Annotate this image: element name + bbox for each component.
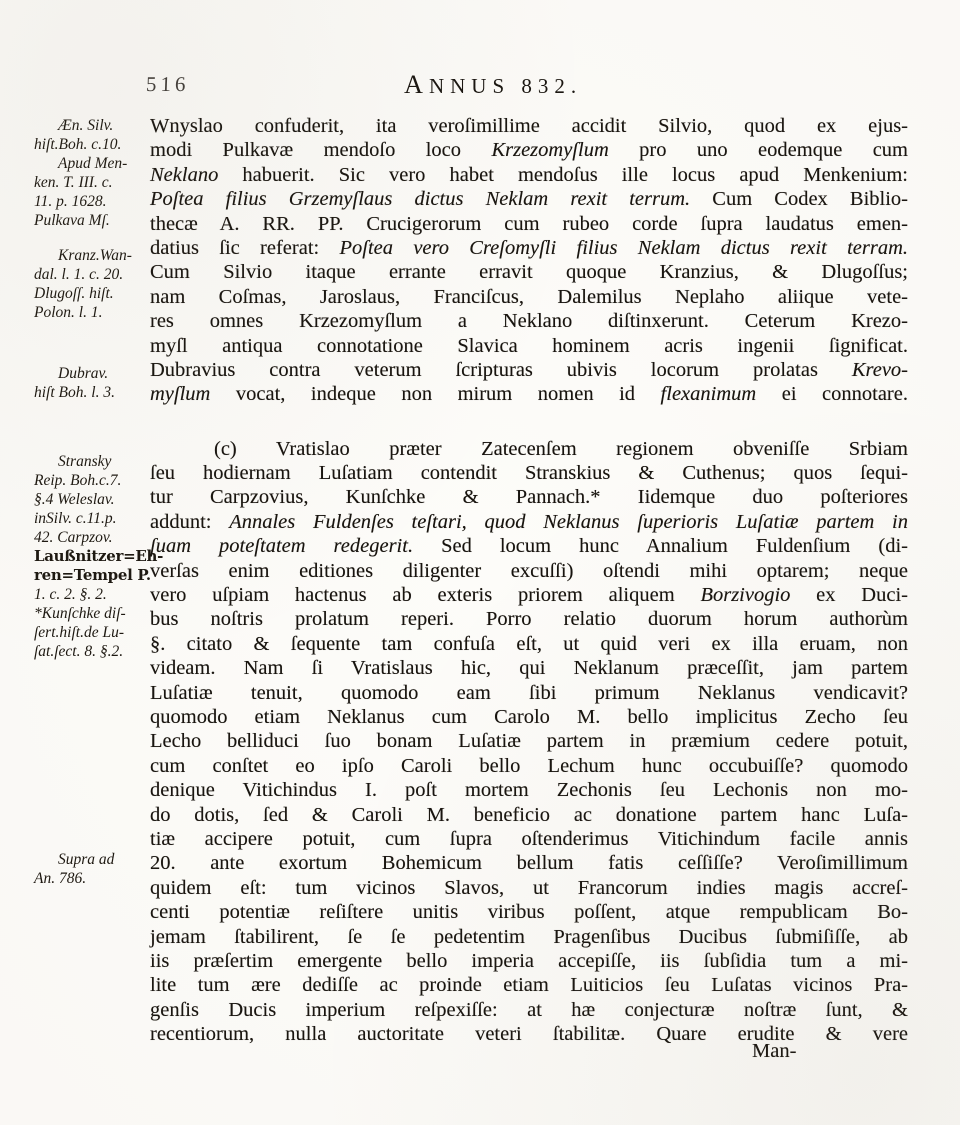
margin-note-group: Æn. Silv.hiſt.Boh. c.10.Apud Men-ken. T.…	[34, 116, 150, 230]
margin-note-line: ren=Tempel P.	[34, 566, 150, 585]
margin-note-line: Reip. Boh.c.7.	[34, 471, 150, 490]
margin-note-line: inSilv. c.11.p.	[34, 509, 150, 528]
body-text-line: (c) Vratislao præter Zatecenſem regionem…	[150, 437, 908, 461]
margin-note-line: hiſt Boh. l. 3.	[34, 383, 150, 402]
margin-note-group: Kranz.Wan-dal. l. 1. c. 20.Dlugoſſ. hiſt…	[34, 246, 150, 322]
margin-note-line: Polon. l. 1.	[34, 303, 150, 322]
body-text-line: ſeu hodiernam Luſatiam contendit Stransk…	[150, 461, 908, 485]
body-text-line: tiæ accipere potuit, cum ſupra oſtenderi…	[150, 827, 908, 851]
body-text-line: myſl antiqua connotatione Slavica homine…	[150, 334, 908, 358]
body-text-line: quidem eſt: tum vicinos Slavos, ut Franc…	[150, 876, 908, 900]
book-page: 516 ANNUS 832. Æn. Silv.hiſt.Boh. c.10.A…	[0, 0, 960, 1125]
margin-note-line: ken. T. III. c.	[34, 173, 150, 192]
margin-notes: Æn. Silv.hiſt.Boh. c.10.Apud Men-ken. T.…	[34, 0, 150, 1125]
body-text-line: Lecho belliduci ſuo bonam Luſatiæ partem…	[150, 729, 908, 753]
body-text-line: Poſtea filius Grzemyſlaus dictus Neklam …	[150, 187, 908, 211]
margin-note-line: *Kunſchke diſ-	[34, 604, 150, 623]
margin-note-line: Dlugoſſ. hiſt.	[34, 284, 150, 303]
margin-note-line: Supra ad	[34, 850, 150, 869]
body-text-line: jemam ſtabilirent, ſe ſe pedetentim Prag…	[150, 925, 908, 949]
body-text-line: Luſatiæ tenuit, quomodo eam ſibi primum …	[150, 681, 908, 705]
margin-note-line: Pulkava Mſ.	[34, 211, 150, 230]
body-text-line: genſis Ducis imperium reſpexiſſe: at hæ …	[150, 998, 908, 1022]
body-text-line: Cum Silvio itaque errante erravit quoque…	[150, 260, 908, 284]
margin-note-line: §.4 Weleslav.	[34, 490, 150, 509]
margin-note-line: 42. Carpzov.	[34, 528, 150, 547]
body-text-line: Dubravius contra veterum ſcripturas ubiv…	[150, 358, 908, 382]
body-text-line: res omnes Krzezomyſlum a Neklano diſtinx…	[150, 309, 908, 333]
body-text-line: nam Coſmas, Jaroslaus, Franciſcus, Dalem…	[150, 285, 908, 309]
body-text-line: centi potentiæ reſiſtere unitis viribus …	[150, 900, 908, 924]
paragraph: (c) Vratislao præter Zatecenſem regionem…	[150, 437, 908, 1047]
margin-note-group: Dubrav.hiſt Boh. l. 3.	[34, 364, 150, 402]
body-text-line: cum conſtet eo ipſo Caroli bello Lechum …	[150, 754, 908, 778]
body-text-line: quomodo etiam Neklanus cum Carolo M. bel…	[150, 705, 908, 729]
margin-note-line: hiſt.Boh. c.10.	[34, 135, 150, 154]
body-text-line: bus noſtris prolatum reperi. Porro relat…	[150, 607, 908, 631]
margin-note-line: Laußnitzer=Eh-	[34, 547, 150, 566]
body-text-line: thecæ A. RR. PP. Crucigerorum cum rubeo …	[150, 212, 908, 236]
margin-note-line: Æn. Silv.	[34, 116, 150, 135]
body-text-line: §. citato & ſequente tam confuſa eſt, ut…	[150, 632, 908, 656]
body-text-line: do dotis, ſed & Caroli M. beneficio ac d…	[150, 803, 908, 827]
margin-note-line: An. 786.	[34, 869, 150, 888]
margin-note-line: 1. c. 2. §. 2.	[34, 585, 150, 604]
margin-note-line: dal. l. 1. c. 20.	[34, 265, 150, 284]
margin-note-line: Dubrav.	[34, 364, 150, 383]
margin-note-line: ſert.hiſt.de Lu-	[34, 623, 150, 642]
margin-note-line: Apud Men-	[34, 154, 150, 173]
margin-note-group: StranskyReip. Boh.c.7.§.4 Weleslav.inSil…	[34, 452, 150, 661]
body-text-line: iis præſertim emergente bello imperia ac…	[150, 949, 908, 973]
body-text-line: verſas enim editiones diligenter excuſſi…	[150, 559, 908, 583]
margin-note-line: 11. p. 1628.	[34, 192, 150, 211]
margin-note-line: Kranz.Wan-	[34, 246, 150, 265]
margin-note-line: Stransky	[34, 452, 150, 471]
body-text-line: Neklano habuerit. Sic vero habet mendoſu…	[150, 163, 908, 187]
paragraph: Wnyslao confuderit, ita veroſimillime ac…	[150, 114, 908, 407]
body-text: Wnyslao confuderit, ita veroſimillime ac…	[150, 114, 908, 1046]
body-text-line: vero uſpiam hactenus ab exteris priorem …	[150, 583, 908, 607]
body-text-line: 20. ante exortum Bohemicum bellum fatis …	[150, 851, 908, 875]
body-text-line: modi Pulkavæ mendoſo loco Krzezomyſlum p…	[150, 138, 908, 162]
body-text-line: myſlum vocat, indeque non mirum nomen id…	[150, 382, 908, 406]
body-text-line: tur Carpzovius, Kunſchke & Pannach.* Iid…	[150, 485, 908, 509]
body-text-line: lite tum ære dediſſe ac proinde etiam Lu…	[150, 973, 908, 997]
body-text-line: ſuam poteſtatem redegerit. Sed locum hun…	[150, 534, 908, 558]
margin-note-line: ſat.ſect. 8. §.2.	[34, 642, 150, 661]
page-number: 516	[146, 72, 190, 97]
body-text-line: videam. Nam ſi Vratislaus hic, qui Nekla…	[150, 656, 908, 680]
margin-note-group: Supra adAn. 786.	[34, 850, 150, 888]
body-text-line: datius ſic referat: Poſtea vero Creſomyſ…	[150, 236, 908, 260]
body-text-line: Wnyslao confuderit, ita veroſimillime ac…	[150, 114, 908, 138]
catchword: Man-	[752, 1040, 796, 1063]
running-head: ANNUS 832.	[404, 70, 582, 100]
body-text-line: denique Vitichindus I. poſt mortem Zecho…	[150, 778, 908, 802]
body-text-line: addunt: Annales Fuldenſes teſtari, quod …	[150, 510, 908, 534]
